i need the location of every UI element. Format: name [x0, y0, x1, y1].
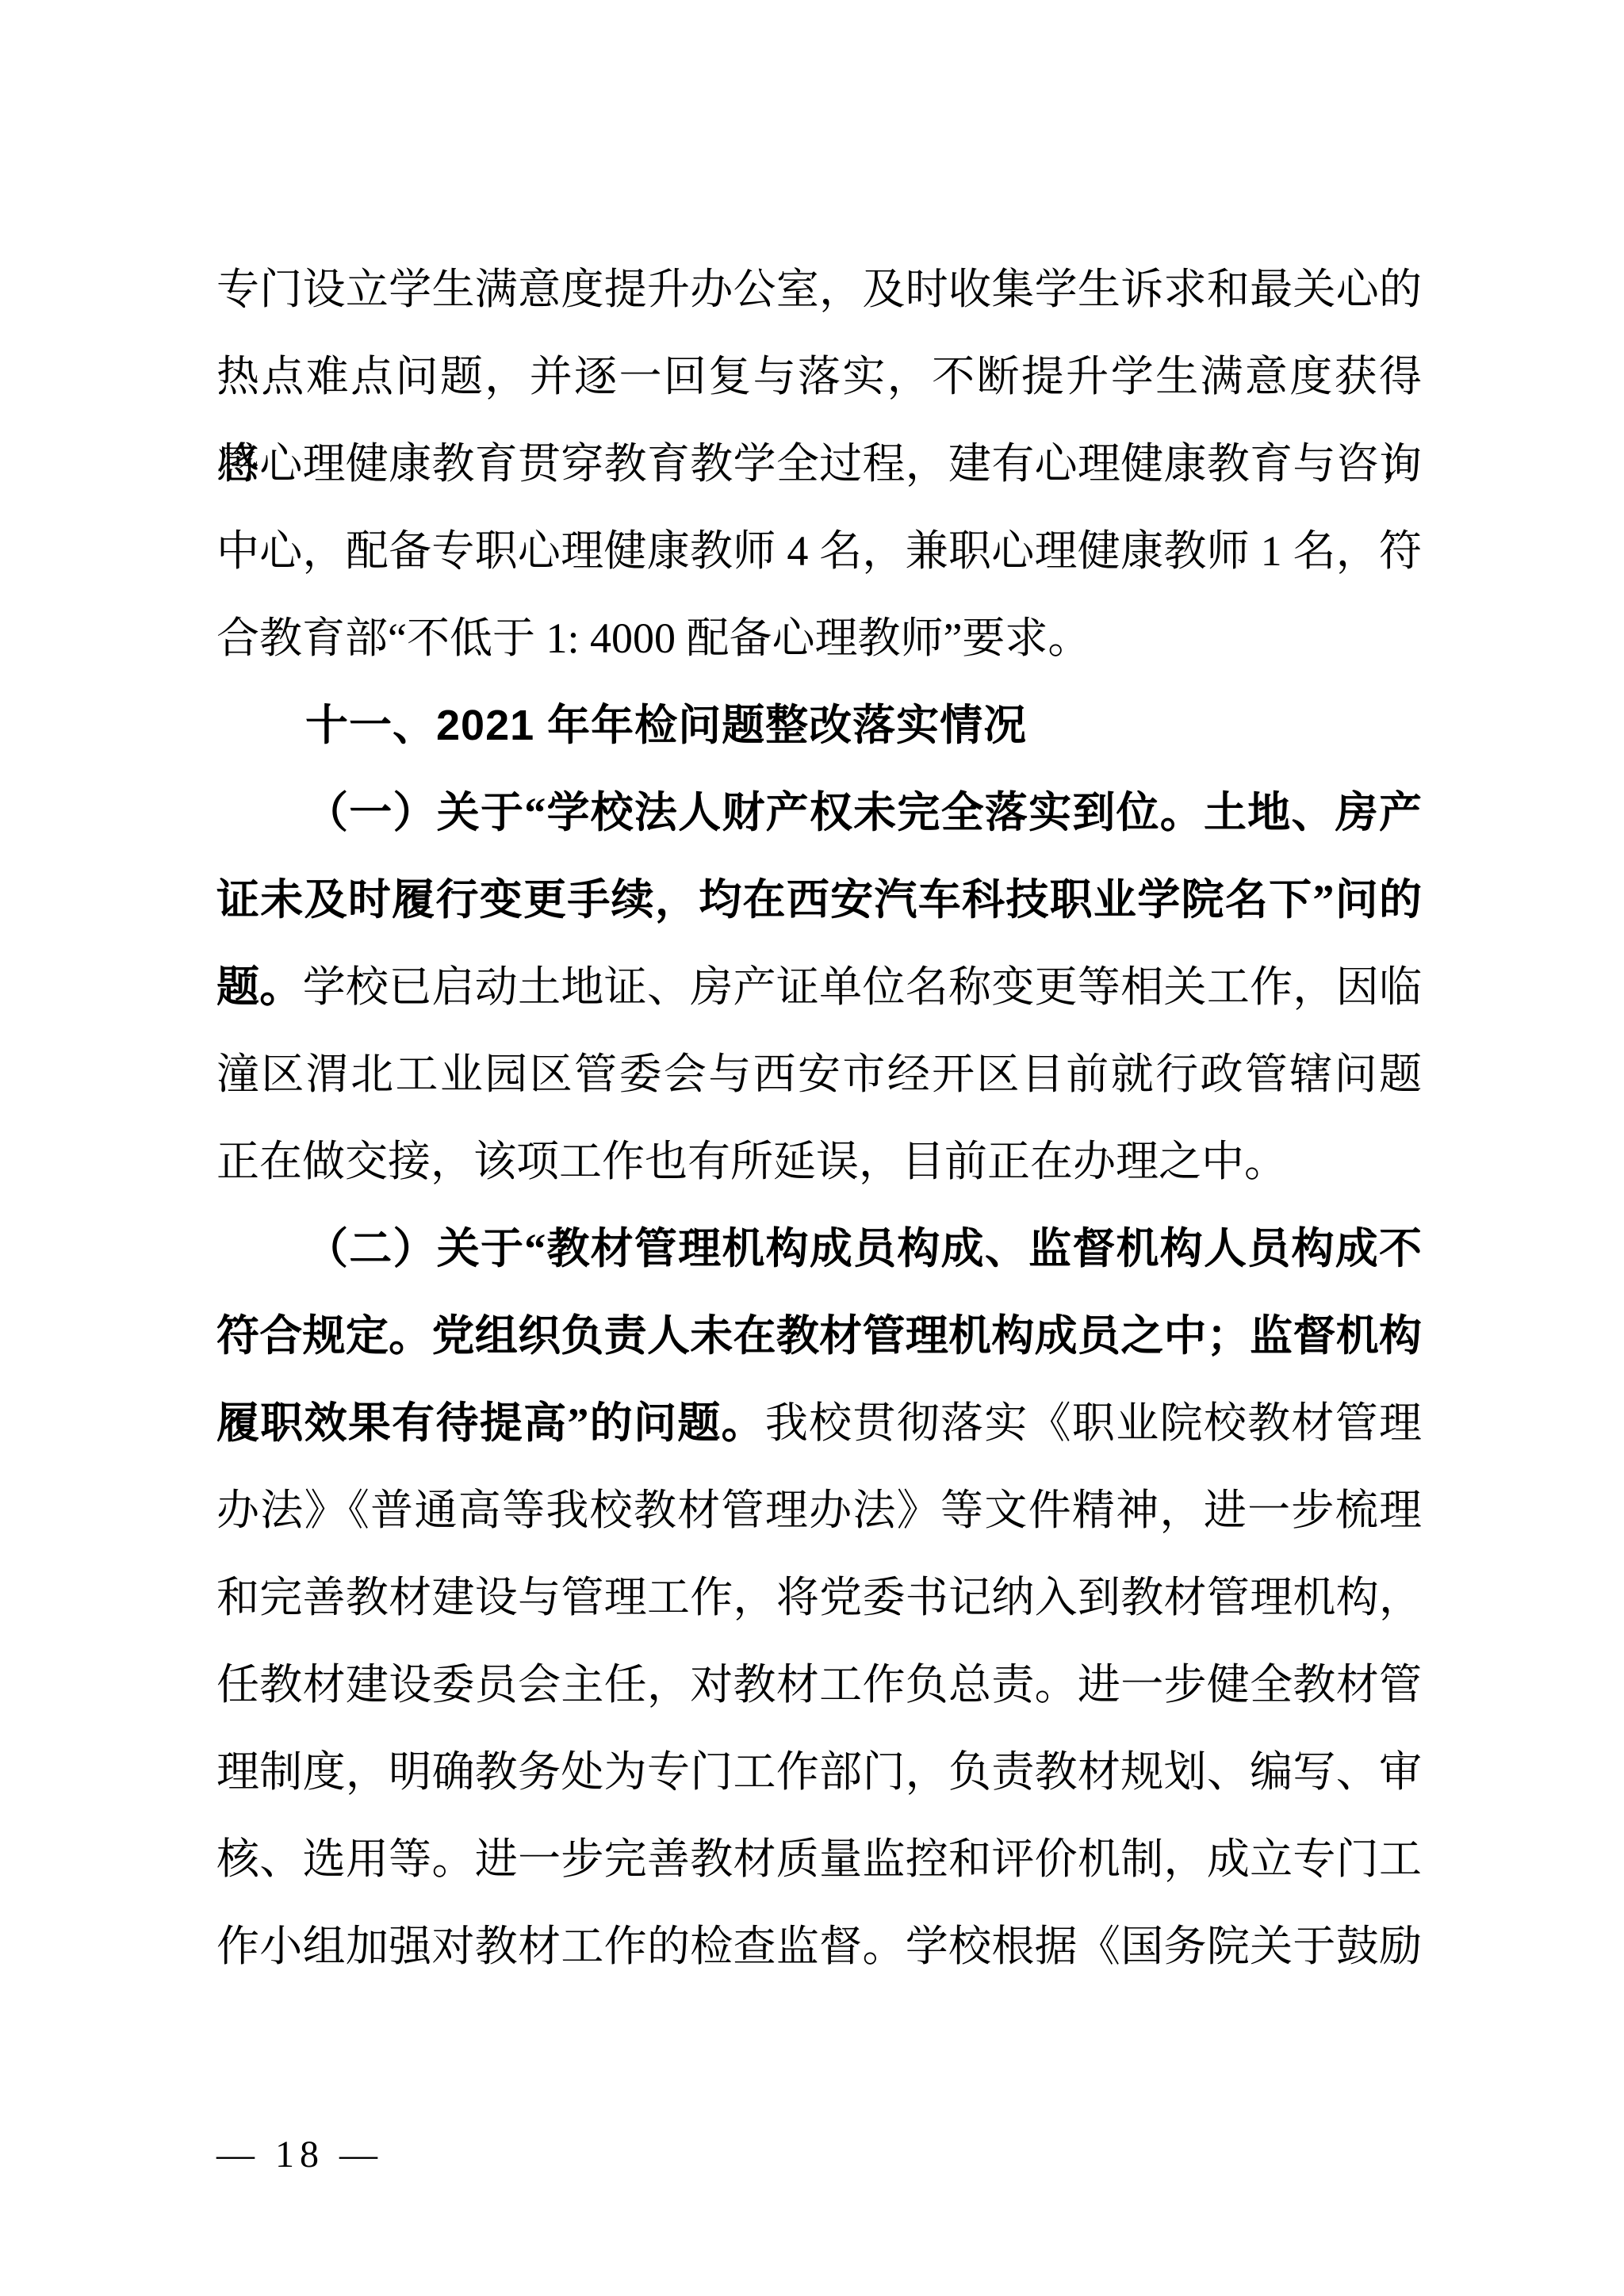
text-segment: 合教育部“不低于 1: 4000 配备心理教师”要求。 [216, 614, 1090, 662]
text-line: 作小组加强对教材工作的检查监督。学校根据《国务院关于鼓励 [216, 1903, 1422, 1990]
text-line: （二）关于“教材管理机构成员构成、监督机构人员构成不 [216, 1205, 1422, 1292]
text-segment: 和完善教材建设与管理工作，将党委书记纳入到教材管理机构， [216, 1574, 1422, 1621]
text-segment: 任教材建设委员会主任，对教材工作负总责。进一步健全教材管 [216, 1661, 1422, 1709]
text-line: （一）关于“学校法人财产权未完全落实到位。土地、房产 [216, 769, 1422, 856]
text-segment: 办法》《普通高等我校教材管理办法》等文件精神，进一步梳理 [216, 1487, 1422, 1534]
text-line: 将心理健康教育贯穿教育教学全过程，建有心理健康教育与咨询 [216, 420, 1422, 507]
text-line: 履职效果有待提高”的问题。我校贯彻落实《职业院校教材管理 [216, 1380, 1422, 1467]
page-footer: — 18 — [216, 2134, 383, 2175]
text-segment: 证未及时履行变更手续，均在西安汽车科技职业学院名下”问的 [216, 876, 1422, 924]
text-line: 证未及时履行变更手续，均在西安汽车科技职业学院名下”问的 [216, 856, 1422, 943]
text-line: 符合规定。党组织负责人未在教材管理机构成员之中；监督机构 [216, 1292, 1422, 1380]
text-segment: 潼区渭北工业园区管委会与西安市经开区目前就行政管辖问题 [216, 1050, 1422, 1098]
text-segment: 将心理健康教育贯穿教育教学全过程，建有心理健康教育与咨询 [216, 440, 1422, 488]
text-line: 任教材建设委员会主任，对教材工作负总责。进一步健全教材管 [216, 1641, 1422, 1728]
page-number: — 18 — [216, 2133, 383, 2175]
document-body: 专门设立学生满意度提升办公室，及时收集学生诉求和最关心的热点难点问题，并逐一回复… [216, 246, 1422, 1990]
text-segment: （二）关于“教材管理机构成员构成、监督机构人员构成不 [305, 1225, 1422, 1272]
text-line: 中心，配备专职心理健康教师 4 名，兼职心理健康教师 1 名，符 [216, 507, 1422, 595]
text-segment: 专门设立学生满意度提升办公室，及时收集学生诉求和最关心的 [216, 266, 1422, 313]
text-line: 热点难点问题，并逐一回复与落实，不断提升学生满意度获得感； [216, 333, 1422, 420]
text-segment: 作小组加强对教材工作的检查监督。学校根据《国务院关于鼓励 [216, 1923, 1422, 1970]
section-heading: 十一、2021 年年检问题整改落实情况 [216, 682, 1422, 769]
text-segment: （一）关于“学校法人财产权未完全落实到位。土地、房产 [305, 789, 1422, 836]
text-segment: 正在做交接，该项工作也有所延误，目前正在办理之中。 [216, 1138, 1287, 1185]
text-segment: 核、选用等。进一步完善教材质量监控和评价机制，成立专门工 [216, 1835, 1422, 1883]
text-line: 合教育部“不低于 1: 4000 配备心理教师”要求。 [216, 595, 1422, 682]
text-line: 潼区渭北工业园区管委会与西安市经开区目前就行政管辖问题 [216, 1031, 1422, 1118]
text-segment: 十一、2021 年年检问题整改落实情况 [305, 702, 1027, 749]
text-segment: 中心，配备专职心理健康教师 4 名，兼职心理健康教师 1 名，符 [216, 527, 1422, 575]
text-line: 核、选用等。进一步完善教材质量监控和评价机制，成立专门工 [216, 1816, 1422, 1903]
text-line: 题。学校已启动土地证、房产证单位名称变更等相关工作，因临 [216, 943, 1422, 1031]
text-line: 和完善教材建设与管理工作，将党委书记纳入到教材管理机构， [216, 1554, 1422, 1641]
text-segment: 理制度，明确教务处为专门工作部门，负责教材规划、编写、审 [216, 1748, 1422, 1796]
text-line: 理制度，明确教务处为专门工作部门，负责教材规划、编写、审 [216, 1728, 1422, 1816]
text-segment: 题。 [216, 963, 303, 1011]
text-segment: 符合规定。党组织负责人未在教材管理机构成员之中；监督机构 [216, 1312, 1422, 1360]
text-line: 办法》《普通高等我校教材管理办法》等文件精神，进一步梳理 [216, 1467, 1422, 1554]
text-segment: 我校贯彻落实《职业院校教材管理 [765, 1399, 1422, 1447]
text-line: 专门设立学生满意度提升办公室，及时收集学生诉求和最关心的 [216, 246, 1422, 333]
text-segment: 学校已启动土地证、房产证单位名称变更等相关工作，因临 [303, 963, 1422, 1011]
text-line: 正在做交接，该项工作也有所延误，目前正在办理之中。 [216, 1118, 1422, 1205]
document-page: 专门设立学生满意度提升办公室，及时收集学生诉求和最关心的热点难点问题，并逐一回复… [0, 0, 1624, 2296]
text-segment: 履职效果有待提高”的问题。 [216, 1399, 765, 1447]
